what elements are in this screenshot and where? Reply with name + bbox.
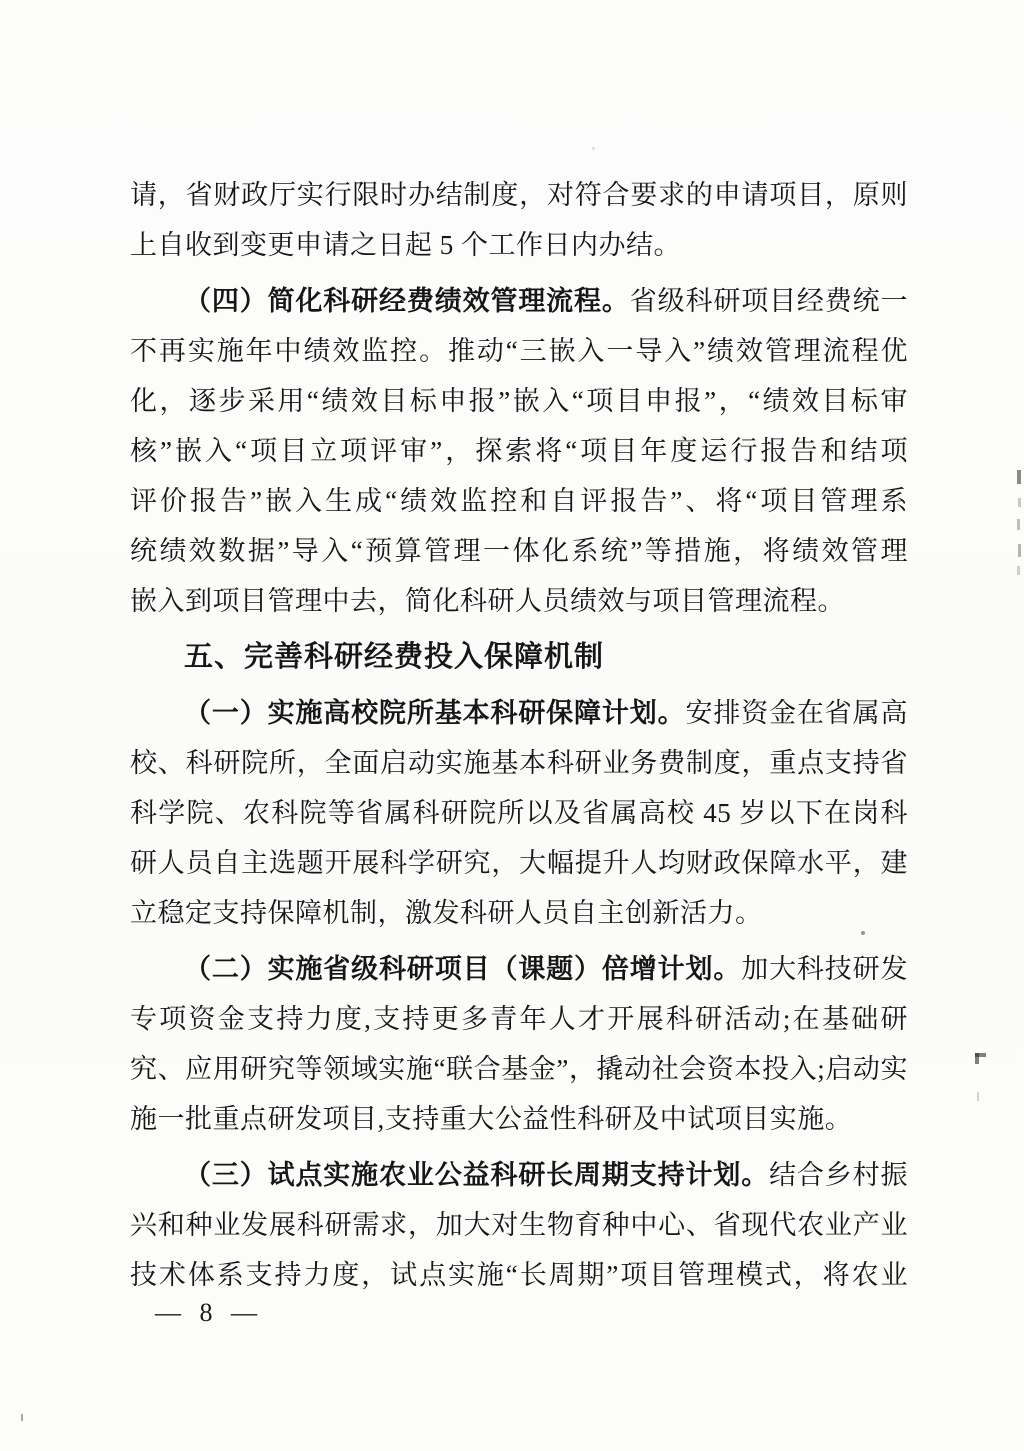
text-segment: 技术体系支持力度，试点实施“长周期”项目管理模式，将农业 <box>130 1260 908 1290</box>
text-segment: 上自收到变更申请之日起 5 个工作日内办结。 <box>130 230 681 260</box>
text-line: （二）实施省级科研项目（课题）倍增计划。加大科技研发 <box>130 944 908 994</box>
text-line: 科学院、农科院等省属科研院所以及省属高校 45 岁以下在岗科 <box>130 788 908 838</box>
text-line: 不再实施年中绩效监控。推动“三嵌入一导入”绩效管理流程优 <box>130 326 908 376</box>
text-line: 化，逐步采用“绩效目标申报”嵌入“项目申报”，“绩效目标审 <box>130 376 908 426</box>
document-page: 请，省财政厅实行限时办结制度，对符合要求的申请项目，原则上自收到变更申请之日起 … <box>0 0 1024 1451</box>
scan-artifact <box>1017 470 1021 484</box>
text-segment: 专项资金支持力度,支持更多青年人才开展科研活动;在基础研 <box>130 1004 908 1034</box>
text-line: （一）实施高校院所基本科研保障计划。安排资金在省属高 <box>130 688 908 738</box>
text-segment: 究、应用研究等领域实施“联合基金”，撬动社会资本投入;启动实 <box>130 1054 908 1084</box>
text-segment: 评价报告”嵌入生成“绩效监控和自评报告”、将“项目管理系 <box>130 486 908 516</box>
bold-lead-segment: 五、完善科研经费投入保障机制 <box>184 641 604 673</box>
text-line: 专项资金支持力度,支持更多青年人才开展科研活动;在基础研 <box>130 994 908 1044</box>
text-segment: 统绩效数据”导入“预算管理一体化系统”等措施，将绩效管理 <box>130 536 908 566</box>
section-heading: 五、完善科研经费投入保障机制 <box>130 632 908 682</box>
document-text-block: 请，省财政厅实行限时办结制度，对符合要求的申请项目，原则上自收到变更申请之日起 … <box>130 170 908 1300</box>
text-segment: 施一批重点研发项目,支持重大公益性科研及中试项目实施。 <box>130 1104 852 1134</box>
text-segment: 省级科研项目经费统一 <box>630 286 908 316</box>
scan-artifact <box>975 1053 979 1064</box>
scan-artifact <box>977 1092 979 1101</box>
text-segment: 结合乡村振 <box>769 1160 908 1190</box>
text-line: 评价报告”嵌入生成“绩效监控和自评报告”、将“项目管理系 <box>130 476 908 526</box>
page-number-footer: — 8 — <box>155 1295 257 1331</box>
scan-artifact <box>592 147 595 150</box>
scan-artifact <box>21 1414 23 1421</box>
bold-lead-segment: （三）试点实施农业公益科研长周期支持计划。 <box>184 1160 769 1190</box>
scan-artifact <box>1017 566 1020 575</box>
scan-artifact <box>1018 498 1021 507</box>
text-line: （三）试点实施农业公益科研长周期支持计划。结合乡村振 <box>130 1150 908 1200</box>
text-line: 校、科研院所，全面启动实施基本科研业务费制度，重点支持省 <box>130 738 908 788</box>
text-line: 请，省财政厅实行限时办结制度，对符合要求的申请项目，原则 <box>130 170 908 220</box>
text-line: 统绩效数据”导入“预算管理一体化系统”等措施，将绩效管理 <box>130 526 908 576</box>
text-line: 技术体系支持力度，试点实施“长周期”项目管理模式，将农业 <box>130 1250 908 1300</box>
text-line: 研人员自主选题开展科学研究，大幅提升人均财政保障水平，建 <box>130 838 908 888</box>
text-line: 兴和种业发展科研需求，加大对生物育种中心、省现代农业产业 <box>130 1200 908 1250</box>
bold-lead-segment: （四）简化科研经费绩效管理流程。 <box>184 286 630 316</box>
scan-artifact <box>1018 544 1021 557</box>
scan-artifact <box>861 931 865 935</box>
text-line: 究、应用研究等领域实施“联合基金”，撬动社会资本投入;启动实 <box>130 1044 908 1094</box>
bold-lead-segment: （二）实施省级科研项目（课题）倍增计划。 <box>184 954 741 984</box>
text-line: 上自收到变更申请之日起 5 个工作日内办结。 <box>130 220 908 270</box>
scan-artifact <box>1017 519 1020 530</box>
bold-lead-segment: （一）实施高校院所基本科研保障计划。 <box>184 698 685 728</box>
text-segment: 科学院、农科院等省属科研院所以及省属高校 45 岁以下在岗科 <box>130 798 908 828</box>
text-line: 施一批重点研发项目,支持重大公益性科研及中试项目实施。 <box>130 1094 908 1144</box>
text-segment: 不再实施年中绩效监控。推动“三嵌入一导入”绩效管理流程优 <box>130 336 908 366</box>
text-segment: 兴和种业发展科研需求，加大对生物育种中心、省现代农业产业 <box>130 1210 908 1240</box>
text-segment: 嵌入到项目管理中去，简化科研人员绩效与项目管理流程。 <box>130 586 845 616</box>
text-line: 核”嵌入“项目立项评审”，探索将“项目年度运行报告和结项 <box>130 426 908 476</box>
text-segment: 加大科技研发 <box>741 954 908 984</box>
text-line: （四）简化科研经费绩效管理流程。省级科研项目经费统一 <box>130 276 908 326</box>
text-segment: 化，逐步采用“绩效目标申报”嵌入“项目申报”，“绩效目标审 <box>130 386 908 416</box>
text-segment: 安排资金在省属高 <box>685 698 908 728</box>
text-line: 嵌入到项目管理中去，简化科研人员绩效与项目管理流程。 <box>130 576 908 626</box>
text-segment: 研人员自主选题开展科学研究，大幅提升人均财政保障水平，建 <box>130 848 908 878</box>
text-segment: 立稳定支持保障机制，激发科研人员自主创新活力。 <box>130 898 763 928</box>
text-segment: 核”嵌入“项目立项评审”，探索将“项目年度运行报告和结项 <box>130 436 908 466</box>
text-line: 立稳定支持保障机制，激发科研人员自主创新活力。 <box>130 888 908 938</box>
text-segment: 请，省财政厅实行限时办结制度，对符合要求的申请项目，原则 <box>130 180 908 210</box>
text-segment: 校、科研院所，全面启动实施基本科研业务费制度，重点支持省 <box>130 748 908 778</box>
